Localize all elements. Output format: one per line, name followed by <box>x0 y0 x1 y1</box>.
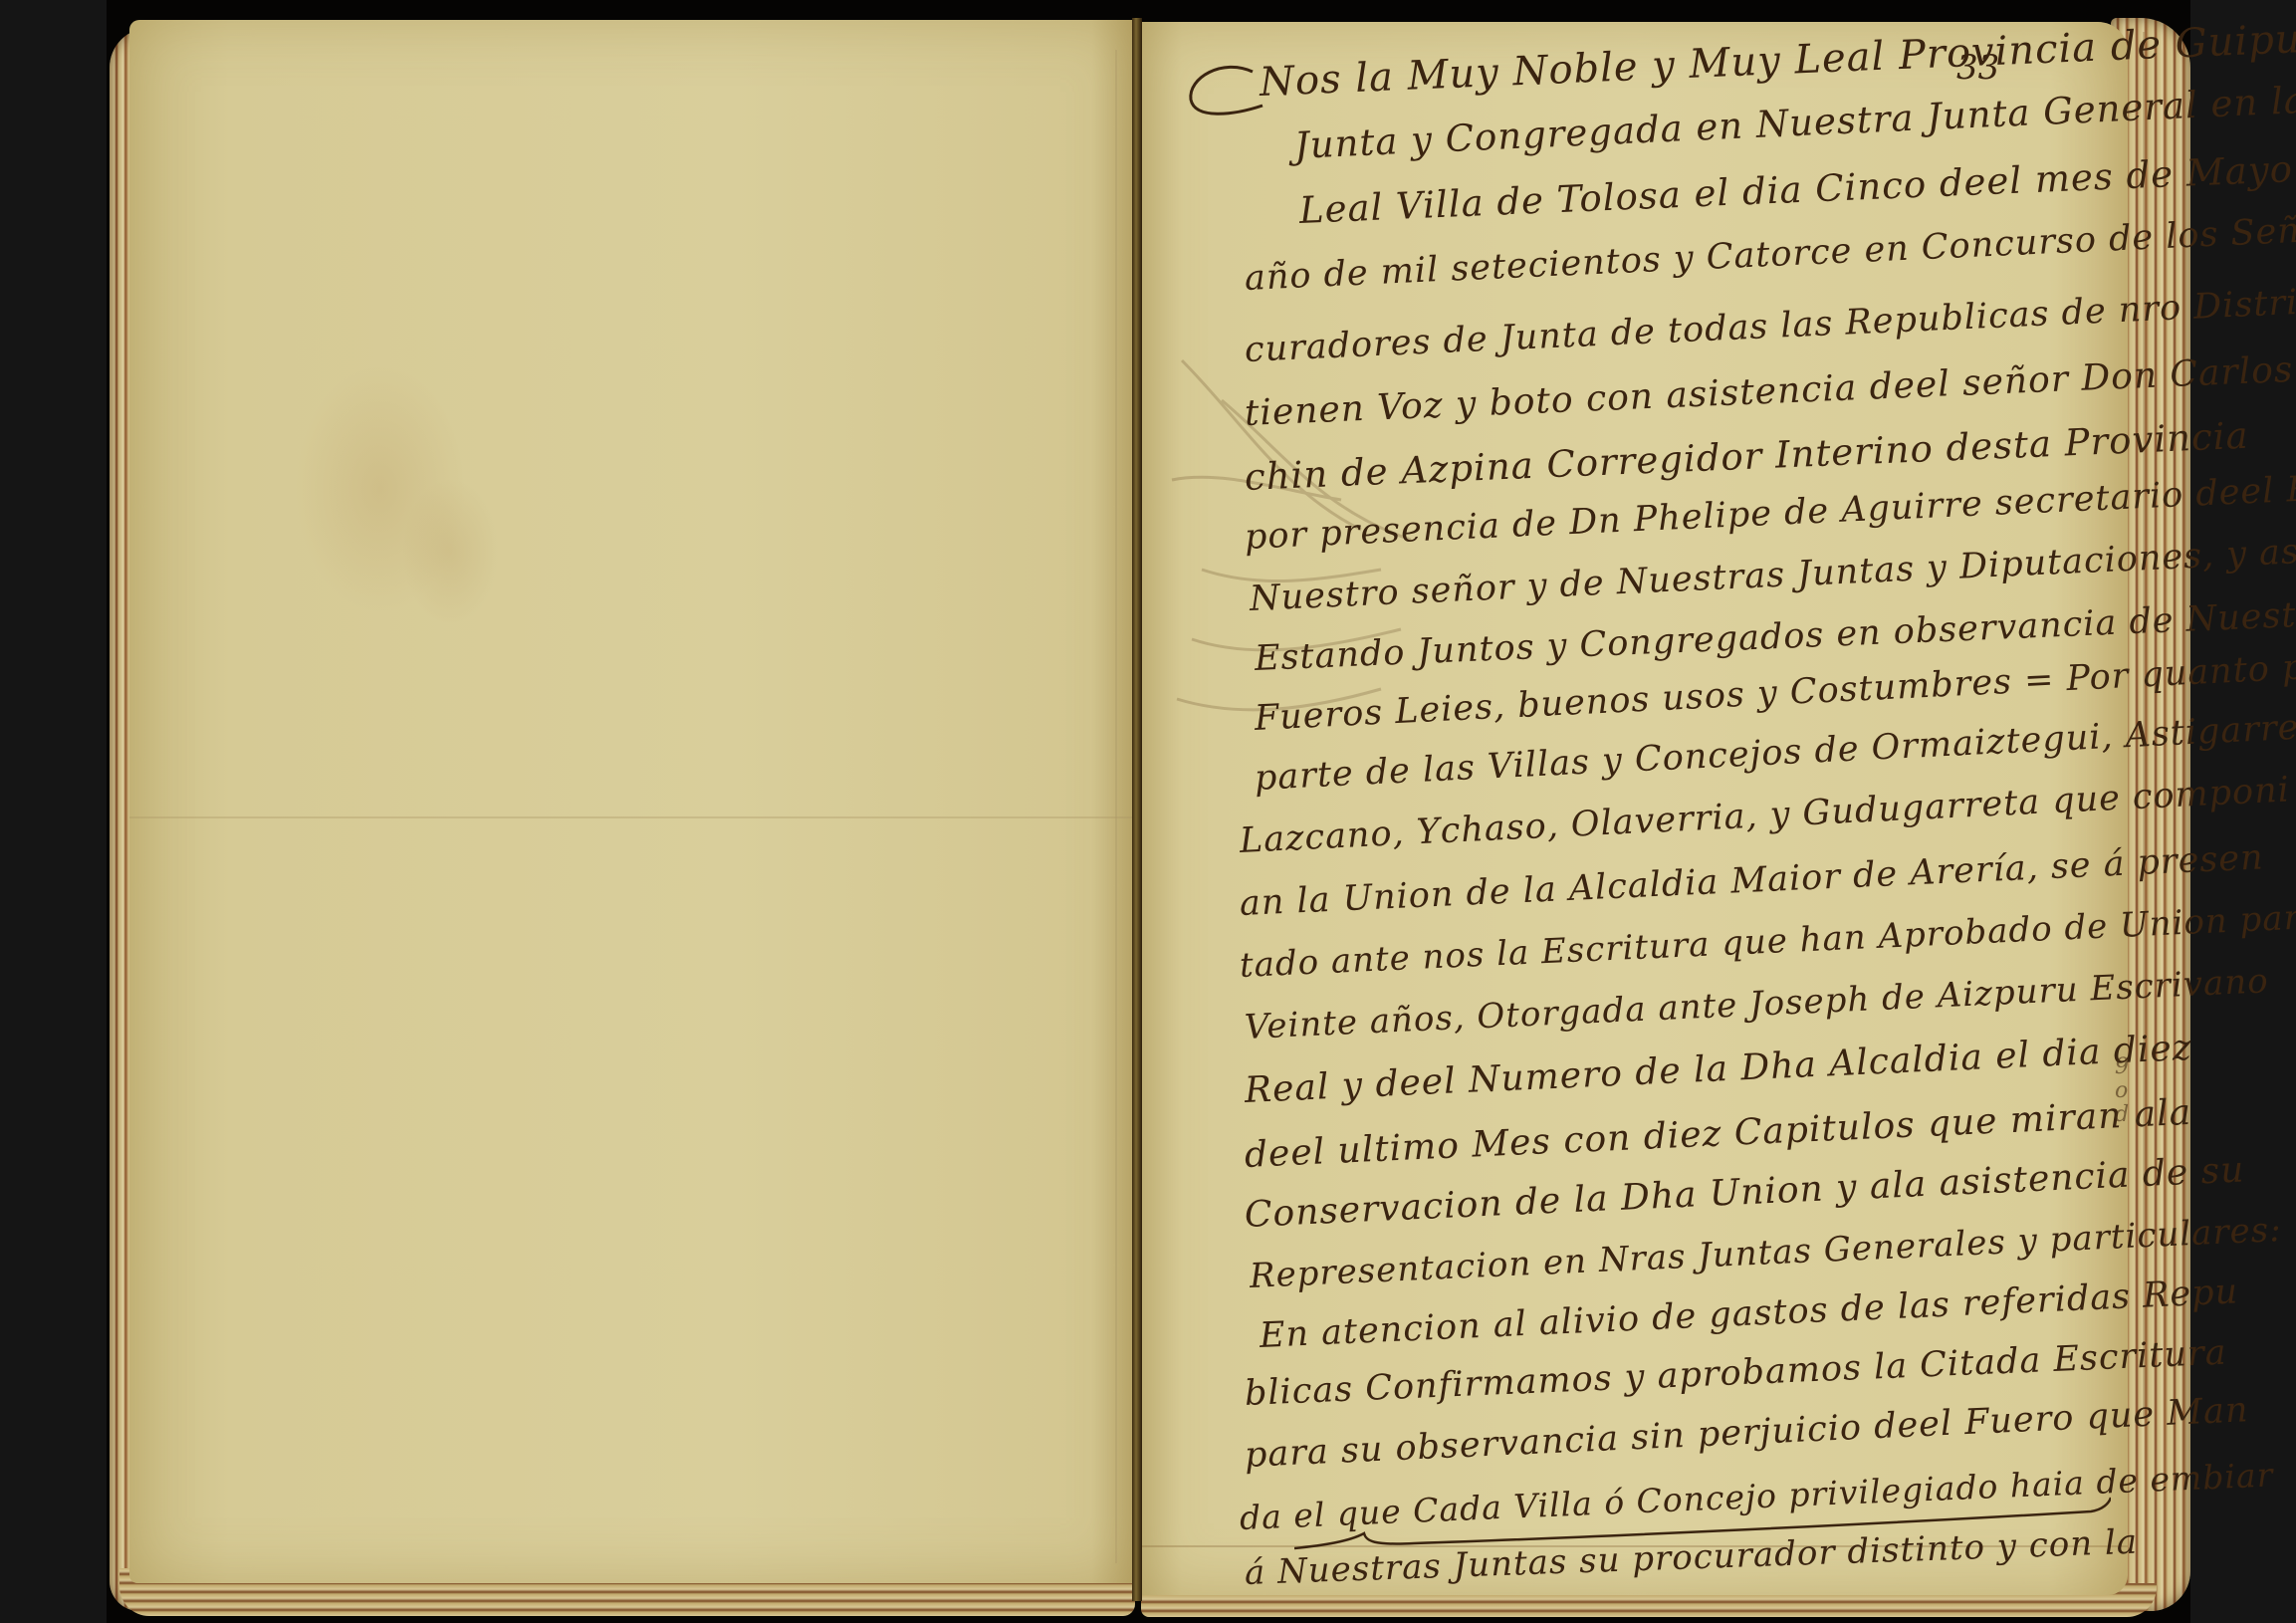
margin-note: d <box>2115 1103 2135 1127</box>
left-page-margin-rule <box>1115 50 1117 1563</box>
margin-note: o <box>2115 1079 2135 1103</box>
book-gutter <box>1132 18 1142 1601</box>
closing-flourish-line-icon <box>1294 1494 2111 1553</box>
margin-note: 9 <box>2115 1055 2135 1079</box>
scan-viewport: 33 Nos la Muy Noble y Muy Leal Provincia… <box>0 0 2296 1623</box>
left-page-fold-line <box>129 816 1132 818</box>
left-page <box>129 20 1132 1583</box>
right-margin-notes: 9 o d <box>2115 1055 2135 1127</box>
